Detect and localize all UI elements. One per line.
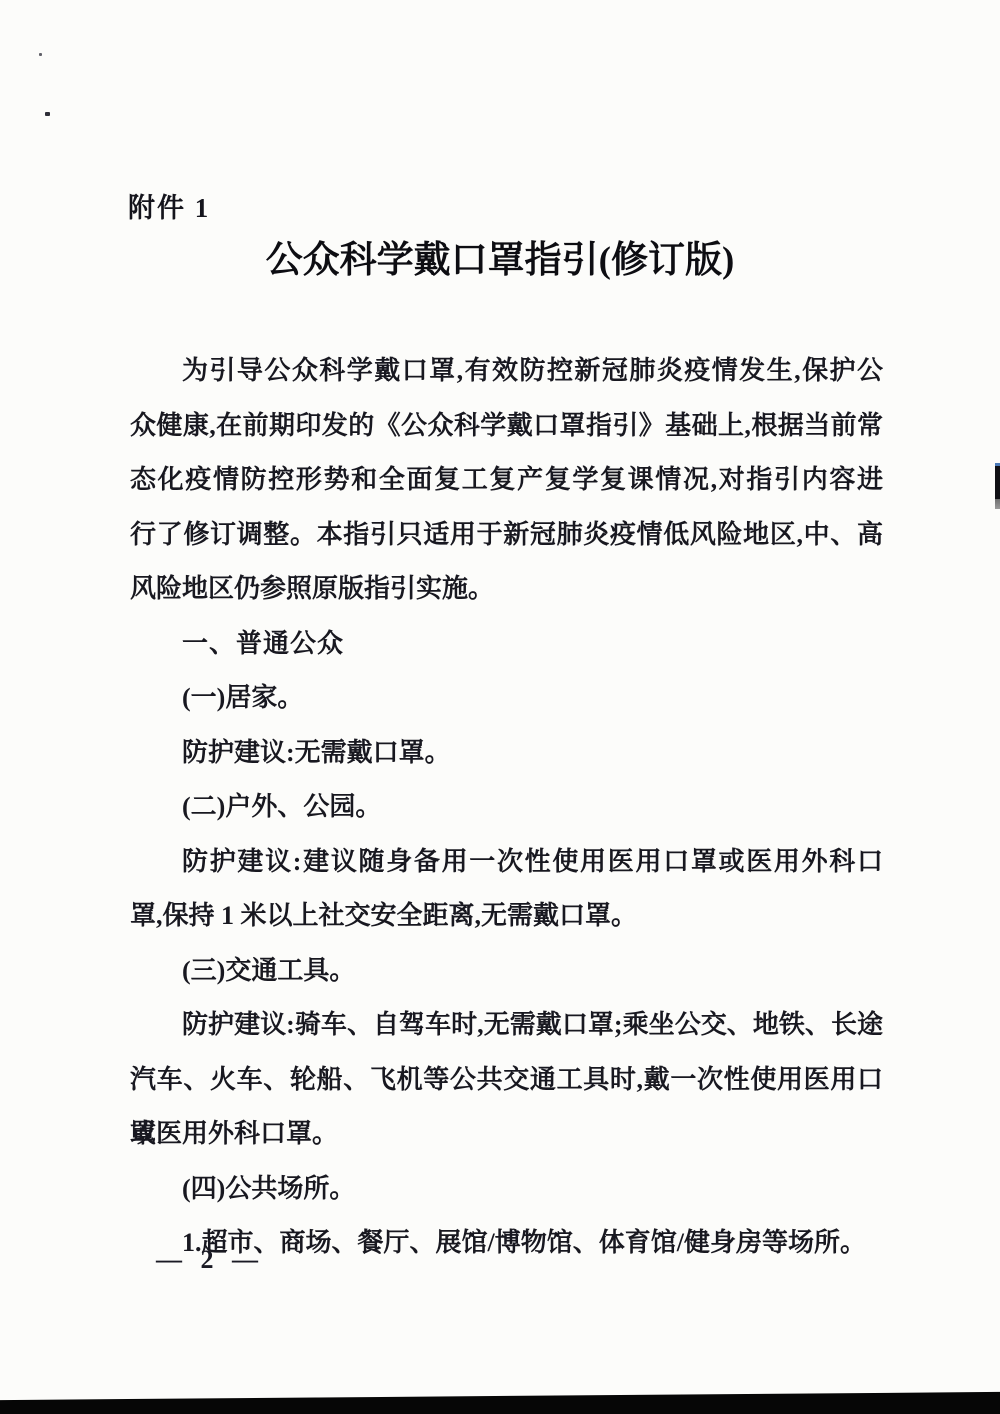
scanner-edge-band — [0, 1390, 1000, 1414]
scan-speck — [45, 112, 50, 116]
body-line: 众健康,在前期印发的《公众科学戴口罩指引》基础上,根据当前常 — [130, 399, 883, 454]
body-line: (二)户外、公园。 — [130, 780, 883, 835]
body-line: (三)交通工具。 — [130, 944, 883, 999]
body-line: 防护建议:无需戴口罩。 — [130, 726, 883, 781]
body-line: 汽车、火车、轮船、飞机等公共交通工具时,戴一次性使用医用口罩 — [130, 1053, 883, 1108]
page-number: — 2 — — [156, 1245, 264, 1275]
document-title: 公众科学戴口罩指引(修订版) — [0, 229, 1000, 283]
body-line: 或医用外科口罩。 — [130, 1107, 883, 1162]
body-line: 为引导公众科学戴口罩,有效防控新冠肺炎疫情发生,保护公 — [130, 344, 883, 399]
body-line: 行了修订调整。本指引只适用于新冠肺炎疫情低风险地区,中、高 — [130, 508, 883, 563]
document-body: 为引导公众科学戴口罩,有效防控新冠肺炎疫情发生,保护公 众健康,在前期印发的《公… — [130, 344, 883, 1271]
scan-edge-mark — [995, 463, 1000, 509]
body-line: 罩,保持 1 米以上社交安全距离,无需戴口罩。 — [130, 889, 883, 944]
body-line: (一)居家。 — [130, 671, 883, 726]
body-line: 风险地区仍参照原版指引实施。 — [130, 562, 883, 617]
body-line: 防护建议:建议随身备用一次性使用医用口罩或医用外科口 — [130, 835, 883, 890]
section-heading: 一、普通公众 — [130, 617, 883, 672]
scanned-document-page: 附件 1 公众科学戴口罩指引(修订版) 为引导公众科学戴口罩,有效防控新冠肺炎疫… — [0, 0, 1000, 1414]
scan-speck — [39, 53, 42, 56]
attachment-label: 附件 1 — [128, 186, 210, 225]
body-line: (四)公共场所。 — [130, 1162, 883, 1217]
body-line: 态化疫情防控形势和全面复工复产复学复课情况,对指引内容进 — [130, 453, 883, 508]
body-line: 防护建议:骑车、自驾车时,无需戴口罩;乘坐公交、地铁、长途 — [130, 998, 883, 1053]
